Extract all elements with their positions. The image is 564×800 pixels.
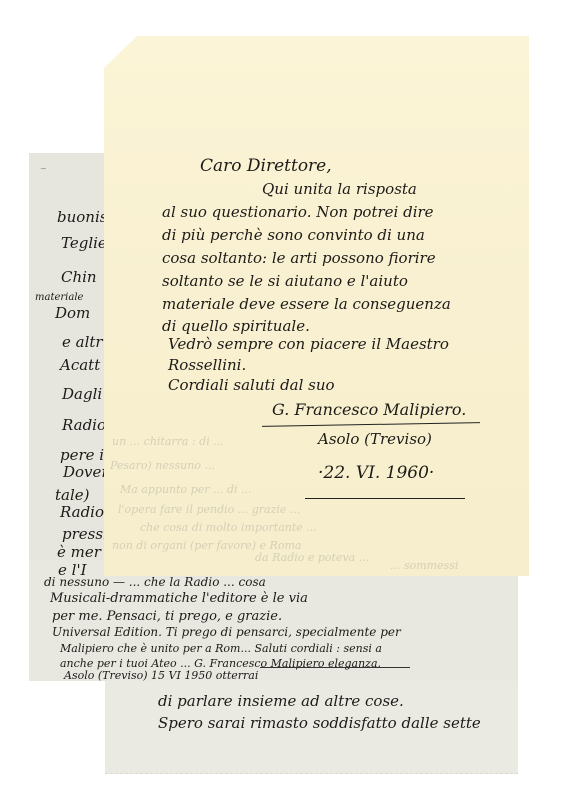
bleed-through-text: un ... chitarra : di ...	[112, 436, 224, 447]
left-line: Chin	[61, 270, 97, 285]
letter-line: Vedrò sempre con piacere il Maestro	[168, 337, 449, 352]
band-signature-underline	[260, 667, 410, 668]
letter-line: Qui unita la risposta	[262, 182, 417, 197]
signature: G. Francesco Malipiero.	[272, 402, 466, 418]
letter-line: soltanto se le si aiutano e l'aiuto	[162, 274, 408, 289]
lower-line: di parlare insieme ad altre cose.	[158, 694, 404, 709]
date: ·22. VI. 1960·	[318, 465, 434, 482]
bleed-through-text: non di organi (per favore) e Roma	[112, 540, 301, 551]
band-line: Musicali-drammatiche l'editore è le via	[50, 592, 308, 605]
letter-line: al suo questionario. Non potrei dire	[162, 205, 434, 220]
band-line: per me. Pensaci, ti prego, e grazie.	[52, 610, 282, 623]
band-line: Asolo (Treviso) 15 VI 1950 otterrai	[64, 670, 258, 681]
salutation: Caro Direttore,	[200, 158, 332, 175]
left-line: buonis	[57, 210, 107, 225]
band-line: Malipiero che è unito per a Rom... Salut…	[60, 643, 382, 654]
left-line: Dagli	[62, 387, 102, 402]
left-line: Radio,	[60, 505, 109, 520]
left-line: Dover	[63, 465, 109, 480]
left-line: tale)	[55, 488, 90, 503]
left-line: Teglie	[61, 236, 107, 251]
bleed-through-text: che cosa di molto importante ...	[140, 522, 317, 533]
letter-line: cosa soltanto: le arti possono fiorire	[162, 251, 436, 266]
band-line: Universal Edition. Ti prego di pensarci,…	[52, 626, 401, 638]
date-underline	[305, 498, 465, 499]
corner-mark: ~	[40, 165, 47, 173]
lower-line: Spero sarai rimasto soddisfatto dalle se…	[158, 716, 481, 731]
left-line: e altr	[62, 335, 103, 350]
left-line: Acatt	[60, 358, 100, 373]
bleed-through-text: ... sommessi	[390, 560, 458, 571]
bleed-through-text: da Radio e poteva ...	[255, 552, 369, 563]
left-line: materiale	[35, 293, 83, 303]
bleed-through-text: Pesaro) nessuno ...	[110, 460, 215, 471]
letter-line: di quello spirituale.	[162, 319, 310, 334]
bleed-through-text: Ma appunto per ... di ...	[120, 484, 252, 495]
place: Asolo (Treviso)	[318, 432, 432, 447]
letter-line: Rossellini.	[168, 358, 246, 373]
band-line: di nessuno — ... che la Radio ... cosa	[44, 576, 266, 588]
left-line: Radio	[62, 418, 106, 433]
letter-line: Cordiali saluti dal suo	[168, 378, 335, 393]
letter-line: di più perchè sono convinto di una	[162, 228, 425, 243]
letter-line: materiale deve essere la conseguenza	[162, 297, 451, 312]
left-line: Dom	[55, 306, 90, 321]
left-line: pere i	[60, 448, 104, 463]
bleed-through-text: l'opera fare il pendio ... grazie ...	[118, 504, 300, 515]
left-line: è mer	[57, 545, 101, 560]
